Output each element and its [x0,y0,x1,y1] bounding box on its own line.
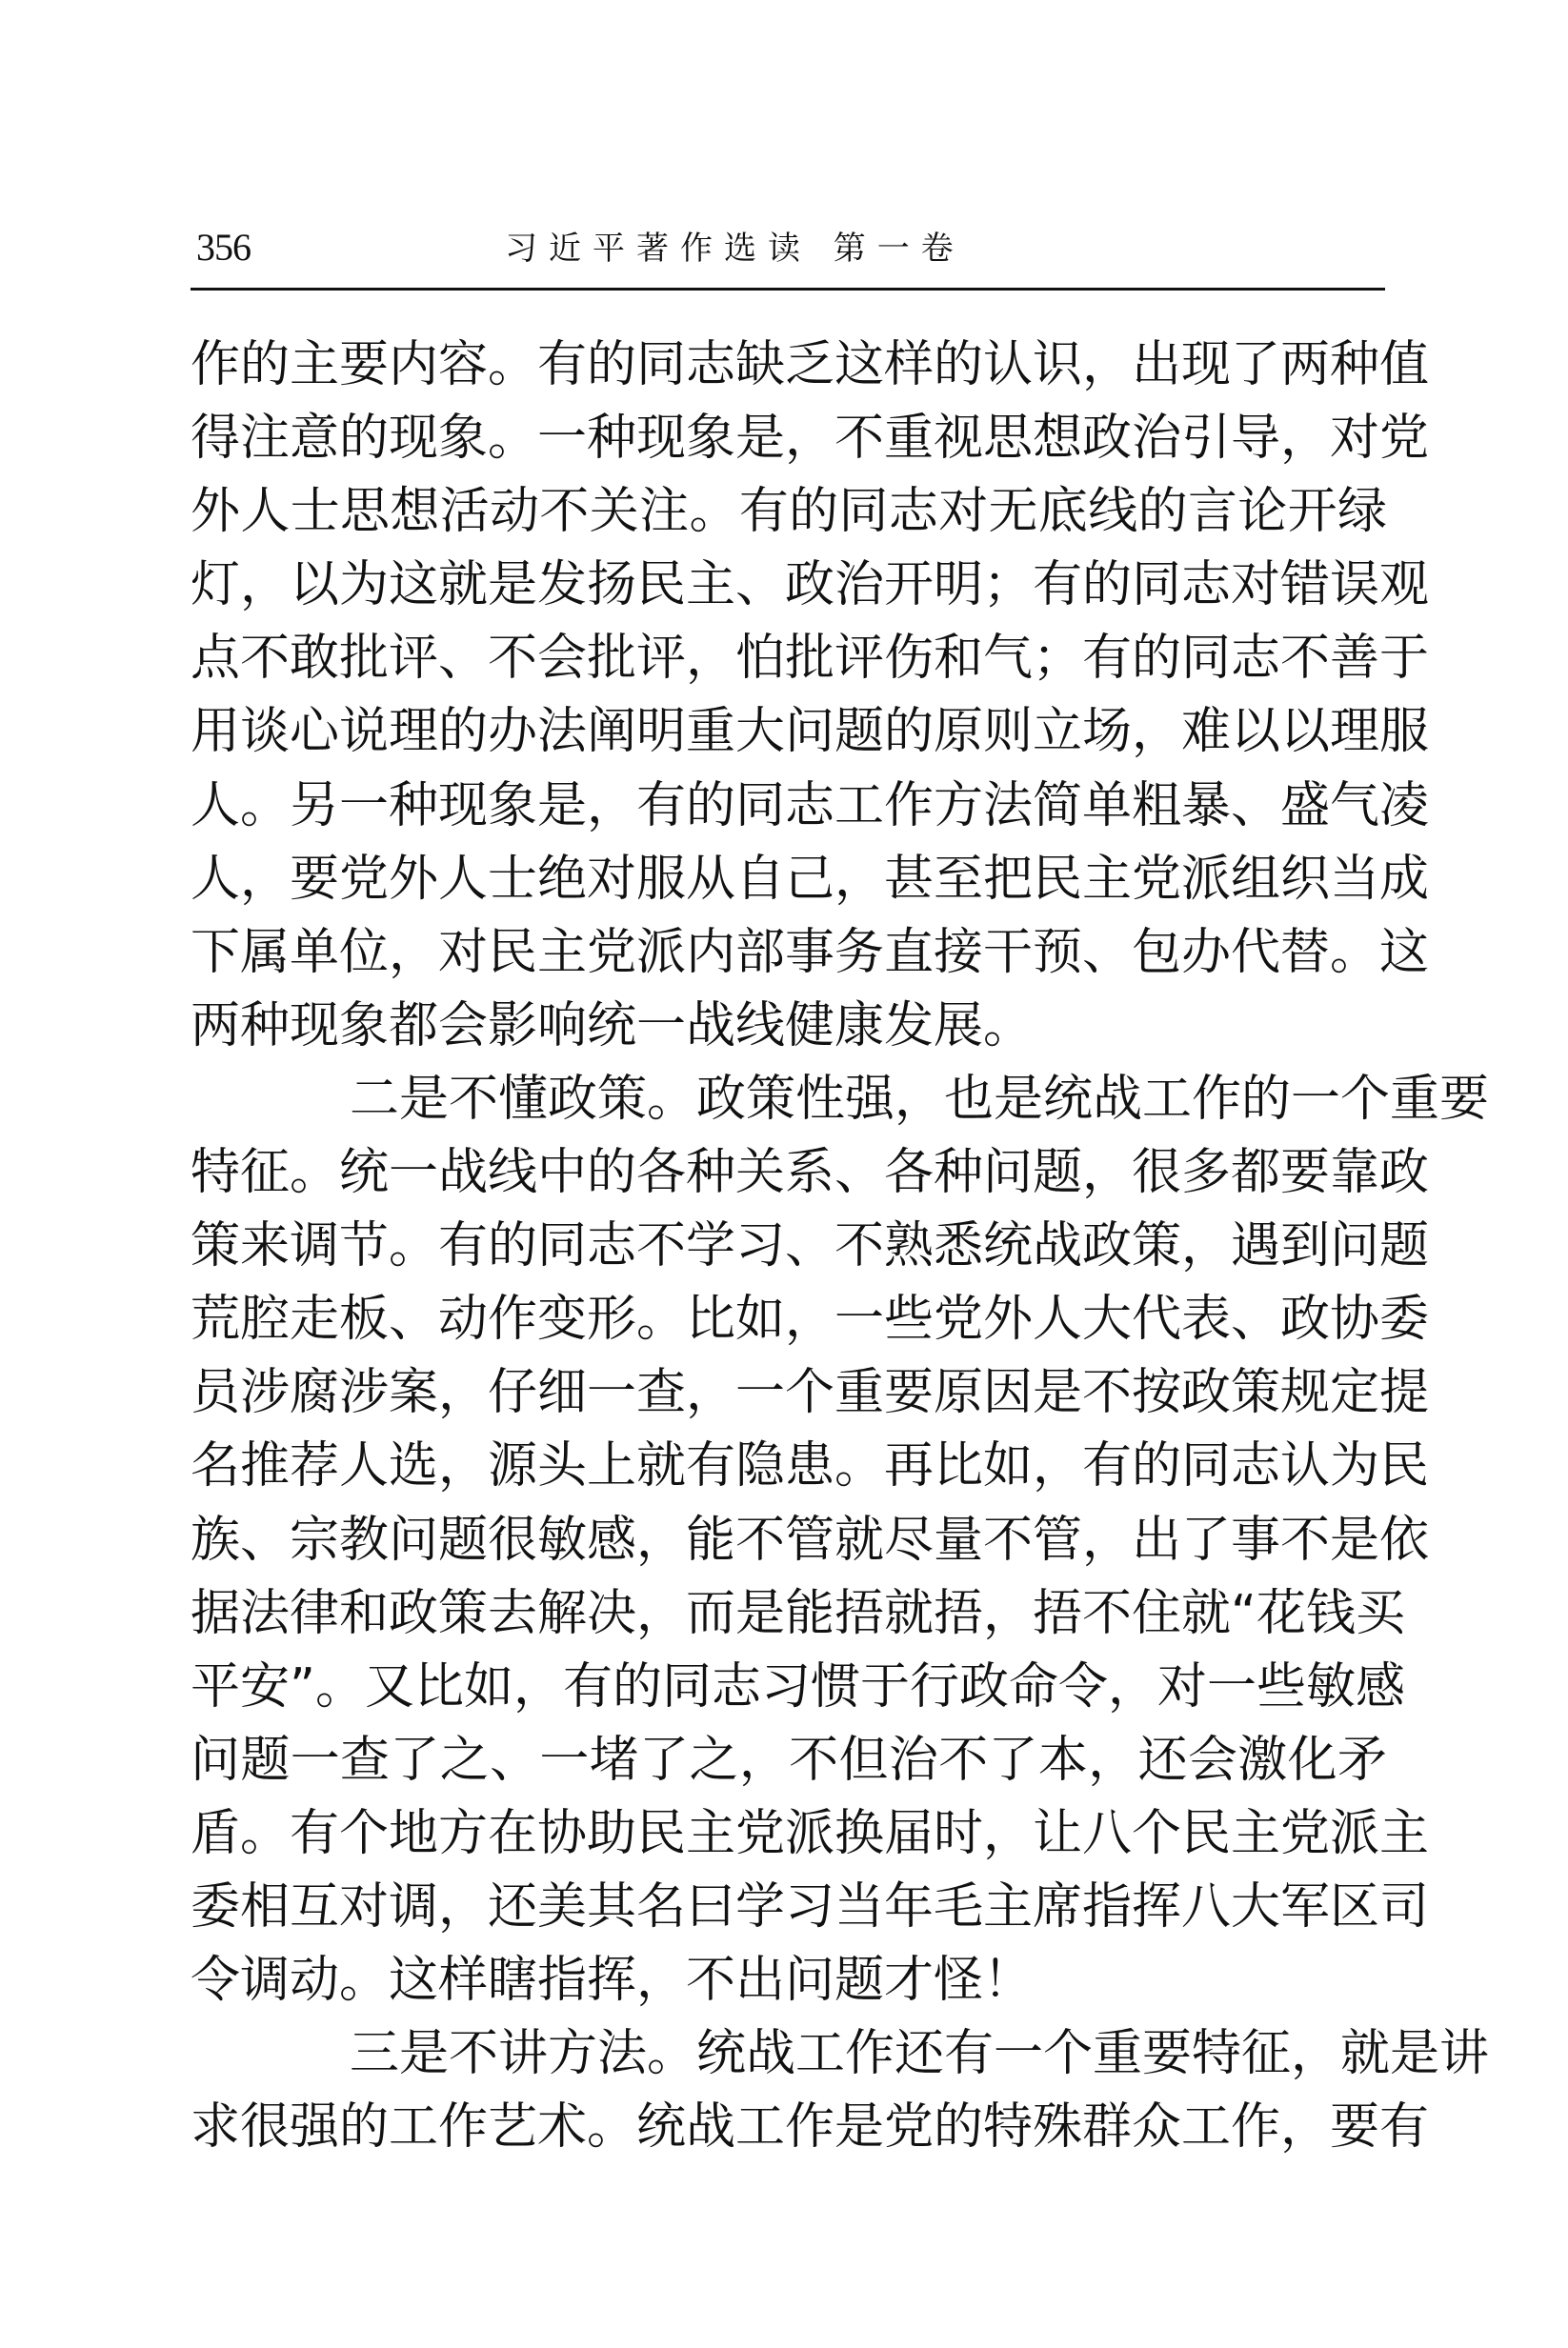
text-line: 下属单位，对民主党派内部事务直接干预、包办代替。这 [191,916,1387,990]
text-line: 盾。有个地方在协助民主党派换届时，让八个民主党派主 [191,1797,1387,1871]
text-line: 灯，以为这就是发扬民主、政治开明；有的同志对错误观 [191,549,1387,622]
text-line: 人。另一种现象是，有的同志工作方法简单粗暴、盛气凌 [191,770,1387,843]
text-line: 平安”。又比如，有的同志习惯于行政命令，对一些敏感 [191,1651,1387,1724]
text-line: 名推荐人选，源头上就有隐患。再比如，有的同志认为民 [191,1430,1387,1503]
running-header: 356 习近平著作选读 第一卷 [191,225,1387,272]
text-line: 委相互对调，还美其名曰学习当年毛主席指挥八大军区司 [191,1871,1387,1944]
book-page: 356 习近平著作选读 第一卷 作的主要内容。有的同志缺乏这样的认识，出现了两种… [0,0,1568,2348]
text-line: 作的主要内容。有的同志缺乏这样的认识，出现了两种值 [191,329,1387,402]
text-line: 外人士思想活动不关注。有的同志对无底线的言论开绿 [191,475,1387,549]
body-text: 作的主要内容。有的同志缺乏这样的认识，出现了两种值得注意的现象。一种现象是，不重… [191,329,1387,2164]
text-line: 求很强的工作艺术。统战工作是党的特殊群众工作，要有 [191,2091,1387,2164]
text-line: 得注意的现象。一种现象是，不重视思想政治引导，对党 [191,402,1387,475]
header-rule-divider [191,288,1385,291]
paragraph-first-line: 二是不懂政策。政策性强，也是统战工作的一个重要 [191,1063,1387,1136]
text-line: 荒腔走板、动作变形。比如，一些党外人大代表、政协委 [191,1283,1387,1356]
text-line: 特征。统一战线中的各种关系、各种问题，很多都要靠政 [191,1136,1387,1210]
book-title: 习近平著作选读 第一卷 [505,227,965,271]
text-line: 点不敢批评、不会批评，怕批评伤和气；有的同志不善于 [191,622,1387,695]
text-line: 据法律和政策去解决，而是能捂就捂，捂不住就“花钱买 [191,1577,1387,1651]
text-line: 令调动。这样瞎指挥，不出问题才怪！ [191,1944,1387,2017]
page-number: 356 [196,225,251,271]
text-line: 员涉腐涉案，仔细一查，一个重要原因是不按政策规定提 [191,1356,1387,1430]
text-line: 问题一查了之、一堵了之，不但治不了本，还会激化矛 [191,1724,1387,1797]
paragraph-first-line: 三是不讲方法。统战工作还有一个重要特征，就是讲 [191,2017,1387,2091]
text-line: 人，要党外人士绝对服从自己，甚至把民主党派组织当成 [191,843,1387,916]
text-line: 两种现象都会影响统一战线健康发展。 [191,990,1387,1063]
text-line: 族、宗教问题很敏感，能不管就尽量不管，出了事不是依 [191,1504,1387,1577]
text-line: 用谈心说理的办法阐明重大问题的原则立场，难以以理服 [191,695,1387,769]
text-line: 策来调节。有的同志不学习、不熟悉统战政策，遇到问题 [191,1210,1387,1283]
